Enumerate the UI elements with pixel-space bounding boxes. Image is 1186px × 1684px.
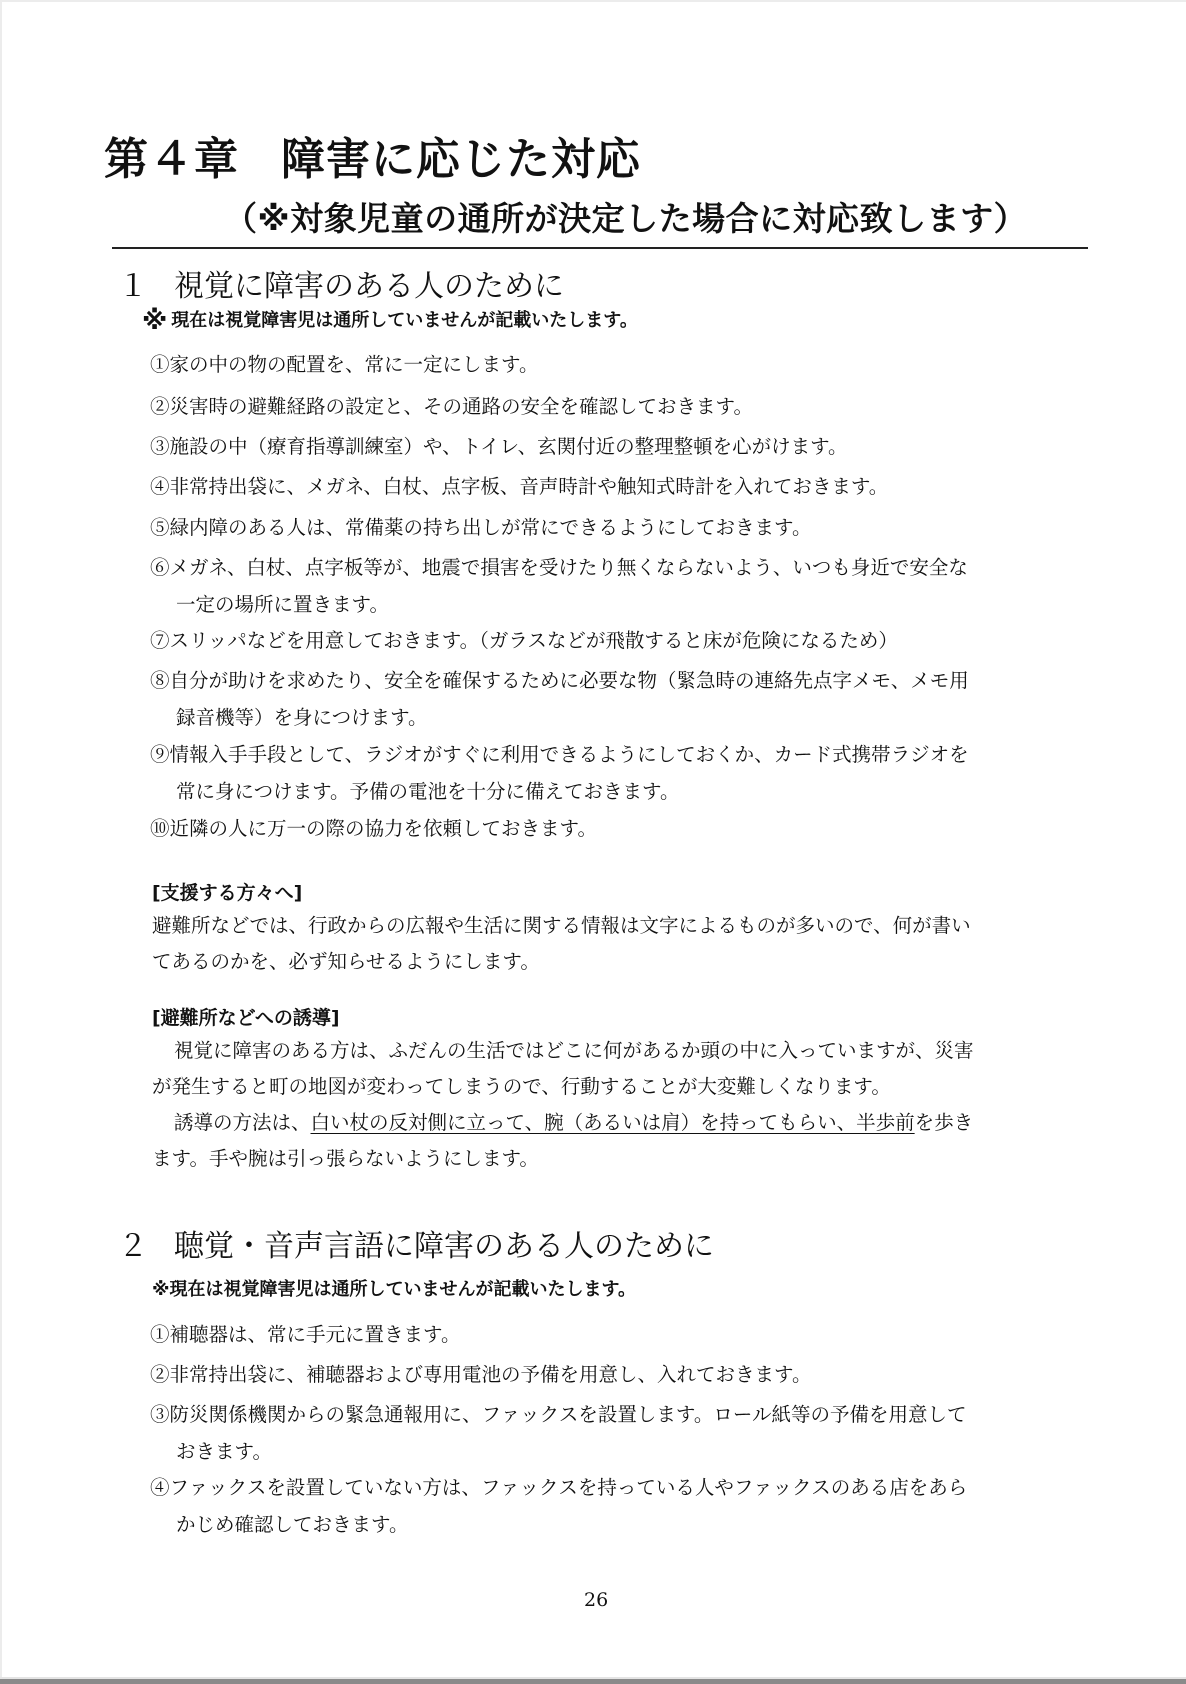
item-text: ⑤緑内障のある人は、常備薬の持ち出しが常にできるようにしておきます。 xyxy=(150,516,811,539)
item-text: ④非常持出袋に、メガネ、白杖、点字板、音声時計や触知式時計を入れておきます。 xyxy=(150,475,888,498)
item-text-continued: 一定の場所に置きます。 xyxy=(150,586,1090,623)
item-text-continued: おきます。 xyxy=(150,1433,1090,1470)
item-text: ③施設の中（療育指導訓練室）や、トイレ、玄関付近の整理整頓を心がけます。 xyxy=(150,435,848,458)
item-text: ⑨情報入手手段として、ラジオがすぐに利用できるようにしておくか、カード式携帯ラジ… xyxy=(150,743,969,766)
list-item: ⑤緑内障のある人は、常備薬の持ち出しが常にできるようにしておきます。 xyxy=(150,509,1090,546)
item-text: ①家の中の物の配置を、常に一定にします。 xyxy=(150,353,538,376)
section-number: １ xyxy=(118,272,174,302)
chapter-subtitle: （※対象児童の通所が決定した場合に対応致します） xyxy=(224,202,1027,235)
list-item: ③防災関係機関からの緊急通報用に、ファックスを設置します。ロール紙等の予備を用意… xyxy=(150,1396,1090,1470)
section-1-heading: １視覚に障害のある人のために xyxy=(118,272,564,302)
guidance-paragraph: 視覚に障害のある方は、ふだんの生活ではどこに何があるか頭の中に入っていますが、災… xyxy=(152,1033,1092,1177)
list-item: ②非常持出袋に、補聴器および専用電池の予備を用意し、入れておきます。 xyxy=(150,1356,1090,1393)
item-text: ②災害時の避難経路の設定と、その通路の安全を確認しておきます。 xyxy=(150,395,753,418)
section-title: 視覚に障害のある人のために xyxy=(174,269,564,304)
paragraph-line: 避難所などでは、行政からの広報や生活に関する情報は文字によるものが多いので、何が… xyxy=(152,908,1092,944)
paragraph-line: 視覚に障害のある方は、ふだんの生活ではどこに何があるか頭の中に入っていますが、災… xyxy=(152,1033,1092,1069)
paragraph-line: ます。手や腕は引っ張らないようにします。 xyxy=(152,1141,1092,1177)
section-number: ２ xyxy=(118,1232,174,1262)
guidance-heading: [避難所などへの誘導] xyxy=(152,1009,340,1028)
paragraph-line: てあるのかを、必ず知らせるようにします。 xyxy=(152,944,1092,980)
list-item: ⑩近隣の人に万一の際の協力を依頼しておきます。 xyxy=(150,810,1090,847)
emphasized-instruction: 白い杖の反対側に立って、腕（あるいは肩）を持ってもらい、半歩前 xyxy=(311,1111,915,1134)
item-text: ⑩近隣の人に万一の際の協力を依頼しておきます。 xyxy=(150,817,597,840)
chapter-number: 第４章 xyxy=(104,134,239,185)
item-text-continued: かじめ確認しておきます。 xyxy=(150,1506,1090,1543)
item-text: ②非常持出袋に、補聴器および専用電池の予備を用意し、入れておきます。 xyxy=(150,1363,811,1386)
list-item: ④非常持出袋に、メガネ、白杖、点字板、音声時計や触知式時計を入れておきます。 xyxy=(150,468,1090,505)
paragraph-line: が発生すると町の地図が変わってしまうので、行動することが大変難しくなります。 xyxy=(152,1069,1092,1105)
section-2-heading: ２聴覚・音声言語に障害のある人のために xyxy=(118,1232,714,1262)
item-text-continued: 録音機等）を身につけます。 xyxy=(150,699,1090,736)
list-item: ⑥メガネ、白杖、点字板等が、地震で損害を受けたり無くならないよう、いつも身近で安… xyxy=(150,549,1090,623)
item-text: ⑧自分が助けを求めたり、安全を確保するために必要な物（緊急時の連絡先点字メモ、メ… xyxy=(150,669,969,692)
item-text: ④ファックスを設置していない方は、ファックスを持っている人やファックスのある店を… xyxy=(150,1476,967,1499)
page-number: 26 xyxy=(584,1591,608,1610)
chapter-title-text: 障害に応じた対応 xyxy=(281,134,641,185)
section-2-note: ※現在は視覚障害児は通所していませんが記載いたします。 xyxy=(152,1281,636,1299)
note-text: 現在は視覚障害児は通所していませんが記載いたします。 xyxy=(171,310,638,331)
support-heading: [支援する方々へ] xyxy=(152,884,302,903)
list-item: ①補聴器は、常に手元に置きます。 xyxy=(150,1316,1090,1353)
title-divider xyxy=(112,247,1088,249)
list-item: ⑦スリッパなどを用意しておきます。（ガラスなどが飛散すると床が危険になるため） xyxy=(150,622,1090,659)
paragraph-line: 誘導の方法は、白い杖の反対側に立って、腕（あるいは肩）を持ってもらい、半歩前を歩… xyxy=(152,1105,1092,1141)
item-text-continued: 常に身につけます。予備の電池を十分に備えておきます。 xyxy=(150,773,1090,810)
section-title: 聴覚・音声言語に障害のある人のために xyxy=(174,1229,714,1264)
list-item: ②災害時の避難経路の設定と、その通路の安全を確認しておきます。 xyxy=(150,388,1090,425)
viewer-bottom-edge xyxy=(0,1677,1186,1684)
item-text: ①補聴器は、常に手元に置きます。 xyxy=(150,1323,460,1346)
item-text: ③防災関係機関からの緊急通報用に、ファックスを設置します。ロール紙等の予備を用意… xyxy=(150,1403,966,1426)
list-item: ③施設の中（療育指導訓練室）や、トイレ、玄関付近の整理整頓を心がけます。 xyxy=(150,428,1090,465)
item-text: ⑥メガネ、白杖、点字板等が、地震で損害を受けたり無くならないよう、いつも身近で安… xyxy=(150,556,968,579)
document-page: 第４章障害に応じた対応 （※対象児童の通所が決定した場合に対応致します） １視覚… xyxy=(0,0,1186,1678)
list-item: ⑨情報入手手段として、ラジオがすぐに利用できるようにしておくか、カード式携帯ラジ… xyxy=(150,736,1090,810)
reference-mark-icon: ※ xyxy=(142,306,167,336)
list-item: ④ファックスを設置していない方は、ファックスを持っている人やファックスのある店を… xyxy=(150,1469,1090,1543)
list-item: ⑧自分が助けを求めたり、安全を確保するために必要な物（緊急時の連絡先点字メモ、メ… xyxy=(150,662,1090,736)
section-1-note: ※現在は視覚障害児は通所していませんが記載いたします。 xyxy=(142,308,638,334)
chapter-title: 第４章障害に応じた対応 xyxy=(104,138,641,182)
list-item: ①家の中の物の配置を、常に一定にします。 xyxy=(150,346,1090,383)
support-paragraph: 避難所などでは、行政からの広報や生活に関する情報は文字によるものが多いので、何が… xyxy=(152,908,1092,980)
item-text: ⑦スリッパなどを用意しておきます。（ガラスなどが飛散すると床が危険になるため） xyxy=(150,629,898,652)
